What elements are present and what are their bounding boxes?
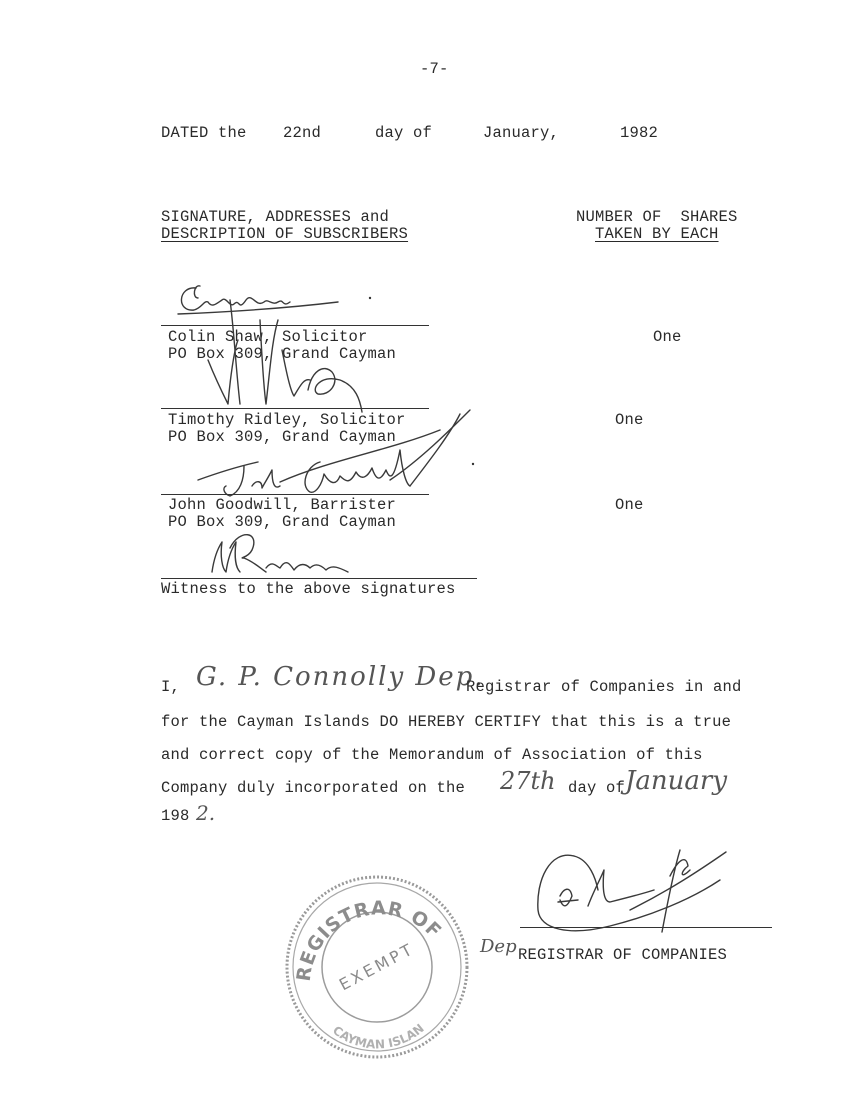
page-number: -7- xyxy=(420,60,449,78)
header-description: DESCRIPTION OF SUBSCRIBERS xyxy=(161,225,408,243)
dated-year: 1982 xyxy=(620,124,658,142)
subscriber-1-shares: One xyxy=(653,328,682,346)
dated-month: January, xyxy=(483,124,559,142)
certificate-line-3: and correct copy of the Memorandum of As… xyxy=(161,746,703,764)
handwritten-month: January xyxy=(625,766,727,796)
witness-label: Witness to the above signatures xyxy=(161,580,456,598)
certificate-line-1: Registrar of Companies in and xyxy=(466,678,742,696)
subscriber-3-shares: One xyxy=(615,496,644,514)
certificate-day-of: day of xyxy=(568,779,625,797)
subscriber-2-shares: One xyxy=(615,411,644,429)
subscriber-3-name: John Goodwill, Barrister xyxy=(168,496,396,514)
certificate-year-prefix: 198 xyxy=(161,807,190,825)
dated-prefix: DATED the xyxy=(161,124,247,142)
dated-day: 22nd xyxy=(283,124,321,142)
dated-day-of: day of xyxy=(375,124,432,142)
svg-text:EXEMPT: EXEMPT xyxy=(336,939,418,994)
handwritten-year-digit: 2. xyxy=(196,801,215,825)
header-signature: SIGNATURE, ADDRESSES and xyxy=(161,208,389,226)
header-number-of-shares: NUMBER OF SHARES xyxy=(576,208,738,226)
registrar-seal-stamp: REGISTRAR OF COMPANIES CAYMAN ISLANDS EX… xyxy=(282,872,472,1062)
certificate-prefix: I, xyxy=(161,678,180,696)
signature-john-goodwill xyxy=(190,410,480,500)
signature-timothy-ridley xyxy=(200,300,400,415)
certificate-line-2: for the Cayman Islands DO HEREBY CERTIFY… xyxy=(161,713,731,731)
certificate-line-4: Company duly incorporated on the xyxy=(161,779,465,797)
signature-registrar xyxy=(530,840,730,940)
handwritten-day: 27th xyxy=(500,767,556,795)
registrar-title: REGISTRAR OF COMPANIES xyxy=(518,946,727,964)
handwritten-dep-note: Dep xyxy=(480,936,517,957)
header-taken-by-each: TAKEN BY EACH xyxy=(595,225,719,243)
handwritten-registrar-name: G. P. Connolly Dep. xyxy=(196,662,485,692)
signature-witness xyxy=(200,528,380,580)
